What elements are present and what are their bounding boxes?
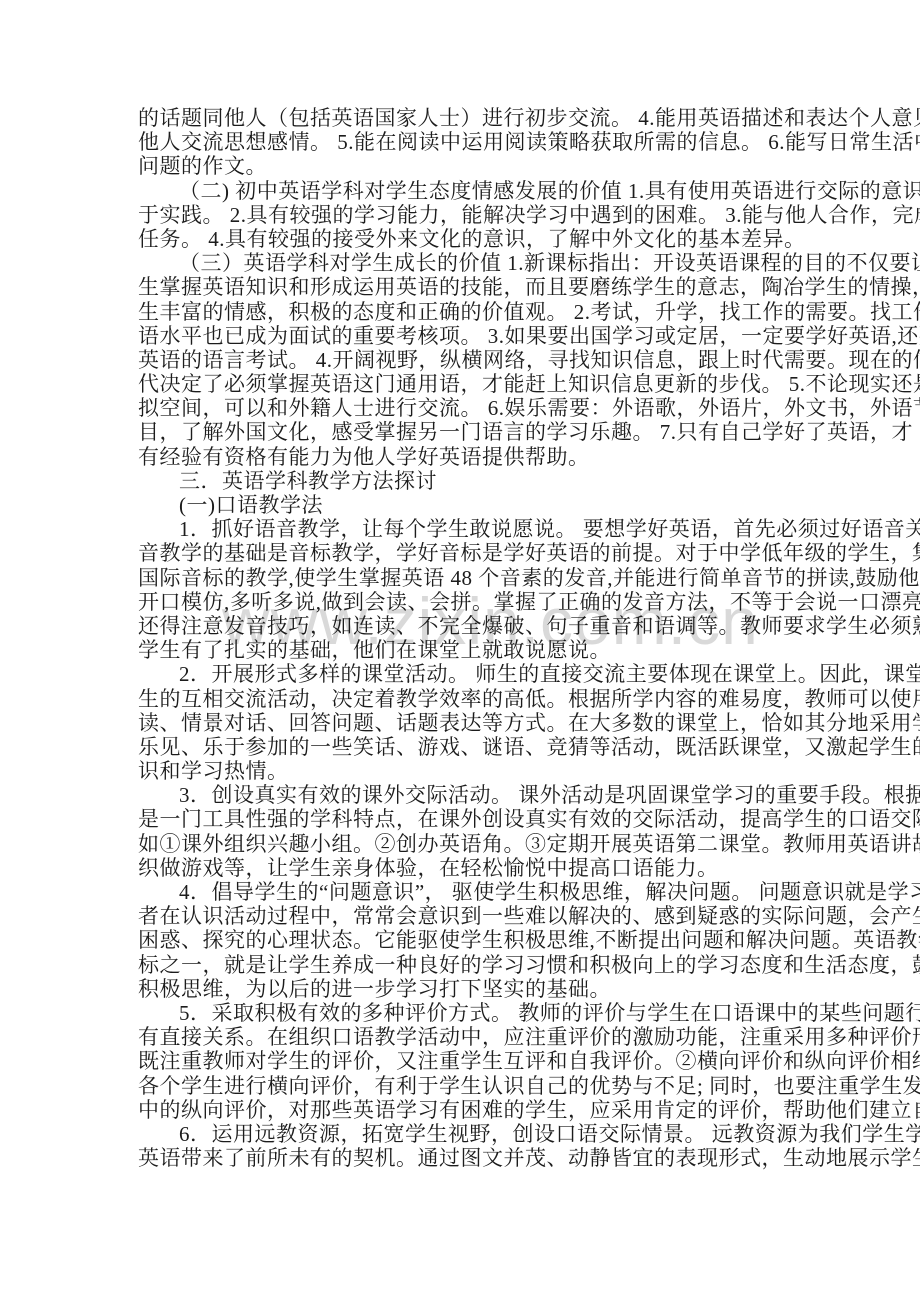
text-line: 6．运用远教资源，拓宽学生视野，创设口语交际情景。 远教资源为我们学生学习 [138,1122,790,1146]
text-line: 他人交流思想感情。 5.能在阅读中运用阅读策略获取所需的信息。 6.能写日常生活… [138,130,790,154]
document-text: 的话题同他人（包括英语国家人士）进行初步交流。 4.能用英语描述和表达个人意见，… [138,106,790,1170]
text-line: 困惑、探究的心理状态。它能驱使学生积极思维,不断提出问题和解决问题。英语教学的目 [138,928,790,952]
text-line: 4．倡导学生的“问题意识”， 驱使学生积极思维，解决问题。 问题意识就是学习 [138,880,790,904]
text-line: 国际音标的教学,使学生掌握英语 48 个音素的发音,并能进行简单音节的拼读,鼓励… [138,566,790,590]
document-page: www.zixin.com.cn 的话题同他人（包括英语国家人士）进行初步交流。… [0,0,920,1302]
text-line: 英语带来了前所未有的契机。通过图文并茂、动静皆宜的表现形式，生动地展示学生不熟悉 [138,1146,790,1170]
text-line: 积极思维，为以后的进一步学习打下坚实的基础。 [138,977,790,1001]
text-line: 2．开展形式多样的课堂活动。 师生的直接交流主要体现在课堂上。因此，课堂上师 [138,662,790,686]
text-line: 1．抓好语音教学，让每个学生敢说愿说。 要想学好英语，首先必须过好语音关。语 [138,517,790,541]
text-line: 于实践。 2.具有较强的学习能力，能解决学习中遇到的困难。 3.能与他人合作，完… [138,203,790,227]
text-line: 如①课外组织兴趣小组。②创办英语角。③定期开展英语第二课堂。教师用英语讲故事、组 [138,832,790,856]
text-line: 标之一，就是让学生养成一种良好的学习习惯和积极向上的学习态度和生活态度，鼓励他们 [138,953,790,977]
text-line: 中的纵向评价，对那些英语学习有困难的学生，应采用肯定的评价，帮助他们建立自信。 [138,1098,790,1122]
text-line: 5．采取积极有效的多种评价方式。 教师的评价与学生在口语课中的某些问题行为 [138,1001,790,1025]
section-heading: 三．英语学科教学方法探讨 [138,469,790,493]
text-line: 生丰富的情感，积极的态度和正确的价值观。 2.考试，升学，找工作的需要。找工作，… [138,300,790,324]
text-line: 音教学的基础是音标教学，学好音标是学好英语的前提。对于中学低年级的学生，集中进行 [138,541,790,565]
text-line: 目，了解外国文化，感受掌握另一门语言的学习乐趣。 7.只有自己学好了英语，才 [138,420,790,444]
text-line: 织做游戏等，让学生亲身体验，在轻松愉悦中提高口语能力。 [138,856,790,880]
text-line: 代决定了必须掌握英语这门通用语，才能赶上知识信息更新的步伐。 5.不论现实还是虚 [138,372,790,396]
text-line: 是一门工具性强的学科特点，在课外创设真实有效的交际活动，提高学生的口语交际能力。 [138,807,790,831]
text-line: 还得注意发音技巧，如连读、不完全爆破、句子重音和语调等。教师要求学生必须熟练朗读… [138,614,790,638]
text-line: 生的互相交流活动，决定着教学效率的高低。根据所学内容的难易度，教师可以使用短文朗 [138,687,790,711]
text-line: 读、情景对话、回答问题、话题表达等方式。在大多数的课堂上，恰如其分地采用学生喜闻 [138,711,790,735]
text-line: 乐见、乐于参加的一些笑话、游戏、谜语、竞猜等活动，既活跃课堂，又激起学生的参与意 [138,735,790,759]
text-line: 英语的语言考试。 4.开阔视野，纵横网络，寻找知识信息，跟上时代需要。现在的信息… [138,348,790,372]
text-line: 各个学生进行横向评价，有利于学生认识自己的优势与不足; 同时，也要注重学生发展过… [138,1074,790,1098]
text-line: 开口模仿,多听多说,做到会读、会拼。掌握了正确的发音方法，不等于会说一口漂亮的英… [138,590,790,614]
text-line: 有直接关系。在组织口语教学活动中，应注重评价的激励功能，注重采用多种评价形式: … [138,1025,790,1049]
text-line: 语水平也已成为面试的重要考核项。 3.如果要出国学习或定居，一定要学好英语,还要… [138,324,790,348]
text-line: 既注重教师对学生的评价，又注重学生互评和自我评价。②横向评价和纵向评价相结合。对 [138,1049,790,1073]
text-line: 问题的作文。 [138,154,790,178]
text-line: 生掌握英语知识和形成运用英语的技能，而且要磨练学生的意志，陶冶学生的情操，培养学 [138,275,790,299]
text-line: 学生有了扎实的基础，他们在课堂上就敢说愿说。 [138,638,790,662]
text-line: 识和学习热情。 [138,759,790,783]
text-line: （二) 初中英语学科对学生态度情感发展的价值 1.具有使用英语进行交际的意识并乐 [138,179,790,203]
text-line: 者在认识活动过程中，常常会意识到一些难以解决的、感到疑惑的实际问题，会产生怀疑、 [138,904,790,928]
text-line: 有经验有资格有能力为他人学好英语提供帮助。 [138,445,790,469]
text-line: 拟空间，可以和外籍人士进行交流。 6.娱乐需要：外语歌，外语片，外文书，外语节 [138,396,790,420]
text-line: 的话题同他人（包括英语国家人士）进行初步交流。 4.能用英语描述和表达个人意见，… [138,106,790,130]
text-line: 3．创设真实有效的课外交际活动。 课外活动是巩固课堂学习的重要手段。根据英语 [138,783,790,807]
text-line: 任务。 4.具有较强的接受外来文化的意识，了解中外文化的基本差异。 [138,227,790,251]
subsection-heading: (一)口语教学法 [138,493,790,517]
text-line: （三）英语学科对学生成长的价值 1.新课标指出：开设英语课程的目的不仅要让学 [138,251,790,275]
